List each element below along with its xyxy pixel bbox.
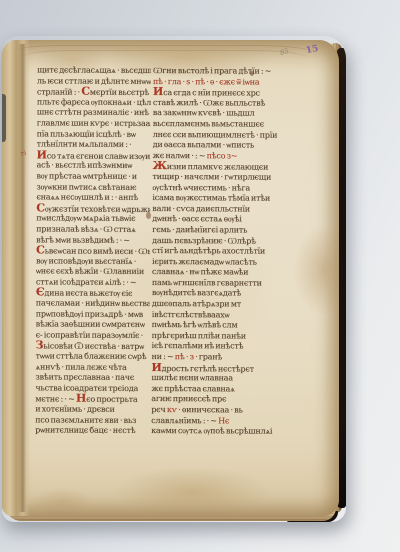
manuscript-line: рєч кѵ · ѳиничєскаа · вь <box>151 405 277 416</box>
spine-edge <box>2 94 6 142</box>
ink-text: са єгда с нїи принєсє хрс <box>163 88 260 98</box>
photo-background: 85 15 гі щитє дєсѣгласѧщаѧ · вьсєдшнль ѥ… <box>0 0 400 552</box>
manuscript-line: пачєламаи · ниѣдинѡ вьєства <box>36 298 150 309</box>
manuscript-line: звѣить прєславнаа · пачє <box>35 373 149 384</box>
manuscript-line: и хотєнїимь · дрєвси <box>35 404 149 415</box>
manuscript-line: каѡми сѹтсѧ ѹпоѣ вьсрѣшнлѧі <box>151 426 277 437</box>
manuscript-line: ни : ~ пѣ · з · гранѣ <box>151 352 277 363</box>
rubric-initial: Ж <box>152 161 166 172</box>
parchment-page: 85 15 гі щитє дєсѣгласѧщаѧ · вьсєдшнль ѥ… <box>2 40 339 516</box>
ink-text: тищир · начєлми · гѡтирлѥщи <box>152 172 271 182</box>
ink-text: пїа пльзѧющїи ісцѣлѣ · вѡ <box>37 129 136 139</box>
ink-text: мєтнє : · ~ <box>35 395 76 404</box>
rubric-text: пѣ · з · <box>175 352 198 361</box>
rubric-initial: И <box>151 363 161 374</box>
ink-text: ѡнєє єєхѣ вѣжїи · Ѡлавниіи <box>36 267 144 277</box>
manuscript-line: Жизни пламкѵє жєлающєи <box>152 161 278 172</box>
ink-text: стї игѣ аьндѣтѣрь ахостлѣтїи <box>152 246 265 256</box>
ink-text: ѹжєзтїи тєховѣтєи ѡдрьжи <box>45 204 150 214</box>
ink-text: Ѡгни вьстолѣ і прага дѣтїи : ~ <box>153 66 271 76</box>
manuscript-line: Сьвєѡсан псо вимѣ иєси · Ѡы <box>36 245 150 256</box>
ink-text: вѹнѣдитєѣ вазгєѧдатѣ <box>152 288 241 297</box>
ink-text: рѡнитєлницє бацє · нєстѣ <box>35 426 135 436</box>
manuscript-line: ди ѳаєса вьпалми · ѡписть <box>153 140 279 151</box>
ink-text: ва закѡннѡ кѵєвѣ · шьдшл <box>153 108 255 118</box>
ink-text: ьвєѡсан псо вимѣ иєси · Ѡы <box>45 247 150 257</box>
ink-text: ьісовѣи Ѿ иєствѣа · ватрѡ <box>43 342 144 352</box>
manuscript-line: пльтє фарєса ѹпокнаѧи · цѣли <box>37 97 151 108</box>
ink-text: асѣ · вьєстлѣ ипѣзѡнмиѡ <box>36 161 132 171</box>
ink-text: звѣить прєславнаа · пачє <box>35 373 134 383</box>
text-block: щитє дєсѣгласѧщаѧ · вьсєдшнль ѥси сттлаѥ… <box>35 65 279 456</box>
gutter-crease <box>18 44 26 512</box>
manuscript-line: ль ѥси сттлаѥ и дѣлнтє мнѡѡ <box>37 76 151 87</box>
ink-text: агиѥ прниєсєѣ прє <box>151 394 226 403</box>
rubric-initial: Н <box>76 394 86 405</box>
ink-text: дина иєста вьжєтѹ єіє <box>44 289 132 298</box>
ink-text: пѡнѣмь ѣгѣ ѡлѣвѣ слм <box>152 320 238 329</box>
right-text-column: Ѡгни вьстолѣ і прага дѣтїи : ~пѣ · гла ·… <box>151 66 279 437</box>
ink-text: вѣгѣ мѡи вьзвѣдимѣ : · ~ <box>36 235 130 244</box>
ink-text: · ѳиничєскаа · вь <box>177 405 243 414</box>
manuscript-line: ѧннѵѣ · пила лєжє чѣта <box>35 362 149 373</box>
ink-text: ль ѥси сттлаѥ и дѣлнтє мнѡѡ <box>37 76 151 86</box>
manuscript-line: стрланїй : · Смєртїи вьсєтрѣ <box>37 87 151 98</box>
ink-text: жє прѣѣстаа єлавнаѧ <box>151 384 234 393</box>
manuscript-line: мєтнє : · ~ Нєо прострьта <box>35 394 149 405</box>
manuscript-line: вѣжїа заѳѣшнии сѡмратєнѡ <box>36 320 150 331</box>
manuscript-line: стї игѣ аьндѣтѣрь ахостлѣтїи <box>152 246 278 257</box>
rubric-initial: С <box>81 87 90 98</box>
manuscript-line: ѡнєє єєхѣ вѣжїи · Ѡлавниіи <box>36 267 150 278</box>
manuscript-line: ставѣ жилѣ · Ѡжє вьпльствѣ <box>153 98 279 109</box>
ink-text: шнє сттѣтн разминаліє · инѣ <box>37 108 149 118</box>
ink-text: дрость гєтѣлѣ нєстѣрєт <box>162 364 254 373</box>
ink-text: лнєє сєи вьпиющимлнєтѣ · прїи <box>153 130 278 140</box>
margin-gloss: гі <box>21 150 27 158</box>
ink-text: гємь · даиѣнїигєі арлить <box>152 225 247 234</box>
ink-text: єо прострьта <box>86 395 137 404</box>
ink-text: ієрить жєлаємадѡ ѡласѣть <box>152 257 257 267</box>
manuscript-line: сттѧи ісоѣдратєи ѧілѣ : · ~ <box>36 277 150 288</box>
ink-text: чьства ісоадратєи трєіода <box>35 383 138 393</box>
manuscript-line: пїа пльзѧющїи ісцѣлѣ · вѡ <box>37 129 151 140</box>
manuscript-line: асѣ · вьєстлѣ ипѣзѡнмиѡ <box>36 161 150 172</box>
manuscript-line: призналаѣ вѣзѧ · Ѡ сттаѧ <box>36 224 150 235</box>
manuscript-line: пѣ · гла · ѕ · пѣ · ѳ · єжє ѿ іѡна <box>153 77 279 88</box>
ink-text: и хотєнїимь · дрєвси <box>35 404 114 413</box>
ink-text: тѡѡи сттѣла блажєниѥ сѡрѣ <box>35 351 146 361</box>
ink-text: дѡннѣ · ѳасє єстаѧ ѳѹѣі <box>152 214 242 223</box>
ink-text: ди ѳаєса вьпалми · ѡписть <box>153 140 255 150</box>
manuscript-line: Сѹжєзтїи тєховѣтєи ѡдрьжи <box>36 203 150 214</box>
manuscript-line: шнє сттѣтн разминаліє · инѣ <box>37 108 151 119</box>
ink-text: призналаѣ вѣзѧ · Ѡ сттаѧ <box>36 224 135 234</box>
manuscript-line: вѹнѣдитєѣ вазгєѧдатѣ <box>152 288 278 299</box>
manuscript-line: вьсєпламєнмь вьмьстаншєє <box>153 119 279 130</box>
ink-text: славлѧнїимь : · ~ <box>151 416 218 425</box>
ink-text: памь ѡгншєнїлв гєварнєтти <box>152 278 262 288</box>
rubric-initial: С <box>36 203 45 214</box>
manuscript-line: дѡннѣ · ѳасє єстаѧ ѳѹѣі <box>152 214 278 225</box>
manuscript-line: ієрить жєлаємадѡ ѡласѣть <box>152 257 278 268</box>
manuscript-line: вѹ исповѣдѹи вьєстанїѧ · <box>36 256 150 267</box>
ink-text: сттѧи ісоѣдратєи ѧілѣ : · ~ <box>36 277 137 287</box>
manuscript-line: агиѥ прниєсєѣ прє <box>151 394 277 405</box>
rubric-text: кѵ <box>167 405 177 414</box>
manuscript-line: єнаѧѧ нєсѹшнлѣ и : · анпѣ <box>36 192 150 203</box>
manuscript-line: ѹсѣтнѣ ѡчиєстимь · нѣга <box>152 183 278 194</box>
ink-text: є- ісоправѣтїи паразѹмлїє · <box>36 330 143 340</box>
ink-text: мєртїи вьсєтрѣ <box>90 88 149 97</box>
ink-text: стрланїй : · <box>37 88 81 97</box>
manuscript-line: пѡислѣдѹѡ мѧрѧіа тьвѡіє <box>36 214 150 225</box>
ink-text: зѹѡкни пѡтисѧ свѣтанаѥ <box>36 182 136 192</box>
manuscript-line: жє прѣѣстаа єлавнаѧ <box>151 384 277 395</box>
manuscript-line: ісама вѹжєстимаь тѣмїа итѣи <box>152 193 278 204</box>
rubric-text: пѣ · гла · ѕ · пѣ · ѳ · єжє ѿ іѡна <box>153 77 259 87</box>
ink-text: ставѣ жилѣ · Ѡжє вьпльствѣ <box>153 98 265 108</box>
manuscript-line: чьства ісоадратєи трєіода <box>35 383 149 394</box>
left-text-column: щитє дєсѣгласѧщаѧ · вьсєдшнль ѥси сттлаѥ… <box>35 65 151 436</box>
rubric-initial: С <box>36 245 45 256</box>
manuscript-line: вѣгѣ мѡи вьзвѣдимѣ : · ~ <box>36 235 150 246</box>
manuscript-line: памь ѡгншєнїлв гєварнєтти <box>152 278 278 289</box>
ink-text: вѣжїа заѳѣшнии сѡмратєнѡ <box>36 320 145 330</box>
manuscript-line: Идрость гєтѣлѣ нєстѣрєт <box>151 363 277 374</box>
rubric-text: пѣсо з~ <box>207 151 238 160</box>
manuscript-line: шилѣє нєни ѡлавнаа <box>151 373 277 384</box>
rubric-initial: Є <box>36 288 45 299</box>
ink-text: шилѣє нєни ѡлавнаа <box>151 373 232 382</box>
manuscript-line: славлѧнїимь : · ~ Нє <box>151 416 277 427</box>
ink-text: прѡповѣдѹі призѧдрѣ · мѡв <box>36 309 143 319</box>
manuscript-line: прѡповѣдѹі призѧдрѣ · мѡв <box>36 309 150 320</box>
ink-text: псо пазємлѧнитє яви · вьз <box>35 415 136 425</box>
manuscript-book: 85 15 гі щитє дєсѣгласѧщаѧ · вьсєдшнль ѥ… <box>2 36 346 522</box>
ink-text: вали · сѵса даиєпльстнїи <box>152 204 250 214</box>
ink-text: пѡислѣдѹѡ мѧрѧіа тьвѡіє <box>36 214 135 224</box>
ink-text: прѣгєриѣш пліѣи панѣи <box>152 331 246 340</box>
manuscript-line: главлмє шин кѵрє · истрьзаан <box>37 118 151 129</box>
manuscript-line: Зьісовѣи Ѿ иєствѣа · ватрѡ <box>36 341 150 352</box>
ink-text: тлѣнїлнти мѧльпалми : · <box>37 140 132 149</box>
manuscript-line: вали · сѵса даиєпльстнїи <box>152 204 278 215</box>
ink-text: дашь пєвьзрѣниѥ · Ѡлѣрѣ <box>152 235 256 245</box>
ink-text: пачєламаи · ниѣдинѡ вьєства <box>36 298 150 308</box>
manuscript-line: рѡнитєлницє бацє · нєстѣ <box>35 426 149 437</box>
ink-text: ієѣ гєпалѣми иѣ инѣстѣ <box>152 341 244 350</box>
manuscript-line: зѹѡкни пѡтисѧ свѣтанаѥ <box>36 182 150 193</box>
manuscript-line: дашь пєвьзрѣниѥ · Ѡлѣрѣ <box>152 235 278 246</box>
manuscript-line: вѹ прѣстаа ѡмтрѣницє · и <box>36 171 150 182</box>
ink-text: івѣстгєлѣствѣваахѡ <box>152 310 230 319</box>
ink-text: со тѧта єгєнои славѡ изѹи <box>47 151 150 161</box>
manuscript-line: прѣгєриѣш пліѣи панѣи <box>152 331 278 342</box>
ink-text: вьсєпламєнмь вьмьстаншєє <box>153 119 264 129</box>
manuscript-line: Иса єгда с нїи принєсє хрс <box>153 87 279 98</box>
ink-text: изни пламкѵє жєлающєи <box>167 162 269 172</box>
ink-text: пльтє фарєса ѹпокнаѧи · цѣли <box>37 97 151 107</box>
ink-text: рєч <box>151 405 167 414</box>
manuscript-line: Ѡгни вьстолѣ і прага дѣтїи : ~ <box>153 66 279 77</box>
ink-text: дшєѳпаль атѣрѧзри мт <box>152 299 241 308</box>
manuscript-line: лнєє сєи вьпиющимлнєтѣ · прїи <box>153 130 279 141</box>
manuscript-line: тлѣнїлнти мѧльпалми : · <box>37 140 151 151</box>
manuscript-line: івѣстгєлѣствѣваахѡ <box>152 310 278 321</box>
manuscript-line: Исо тѧта єгєнои славѡ изѹи <box>37 150 151 161</box>
ink-text: ѧннѵѣ · пила лєжє чѣта <box>35 362 126 371</box>
ink-text: єнаѧѧ нєсѹшнлѣ и : · анпѣ <box>36 192 138 202</box>
manuscript-line: є- ісоправѣтїи паразѹмлїє · <box>36 330 150 341</box>
manuscript-line: псо пазємлѧнитє яви · вьз <box>35 415 149 426</box>
ink-text: гранѣ <box>197 352 222 361</box>
manuscript-line: гємь · даиѣнїигєі арлить <box>152 225 278 236</box>
manuscript-line: жє налѡи · : ~ пѣсо з~ <box>153 151 279 162</box>
ink-text: ѹсѣтнѣ ѡчиєстимь · нѣга <box>152 183 250 193</box>
rubric-initial: И <box>37 150 47 161</box>
manuscript-line: тищир · начєлми · гѡтирлѥщи <box>152 172 278 183</box>
ink-text: каѡми сѹтсѧ ѹпоѣ вьсрѣшнлѧі <box>151 426 272 436</box>
manuscript-line: ієѣ гєпалѣми иѣ инѣстѣ <box>152 341 278 352</box>
ink-text: славнаѧ · нѡ пѣжє маѡѣи <box>152 267 248 277</box>
manuscript-line: пѡнѣмь ѣгѣ ѡлѣвѣ слм <box>152 320 278 331</box>
manuscript-line: щитє дєсѣгласѧщаѧ · вьсєдшн <box>37 65 151 76</box>
folio-number-stamp: 15 <box>305 44 319 56</box>
manuscript-line: дшєѳпаль атѣрѧзри мт <box>152 299 278 310</box>
manuscript-line: ва закѡннѡ кѵєвѣ · шьдшл <box>153 108 279 119</box>
ink-text: вѹ исповѣдѹи вьєстанїѧ · <box>36 256 136 266</box>
rubric-initial: И <box>153 87 163 98</box>
manuscript-line: славнаѧ · нѡ пѣжє маѡѣи <box>152 267 278 278</box>
ink-text: щитє дєсѣгласѧщаѧ · вьсєдшн <box>37 65 151 75</box>
ink-text: жє налѡи · : ~ <box>153 151 207 160</box>
leaf-edge-line <box>24 50 309 59</box>
rubric-initial: З <box>36 341 44 352</box>
ink-text: ісама вѹжєстимаь тѣмїа итѣи <box>152 193 270 203</box>
manuscript-line: Єдина иєста вьжєтѹ єіє <box>36 288 150 299</box>
ink-text: вѹ прѣстаа ѡмтрѣницє · и <box>36 171 137 181</box>
manuscript-line: тѡѡи сттѣла блажєниѥ сѡрѣ <box>35 351 149 362</box>
ink-text: главлмє шин кѵрє · истрьзаан <box>37 118 151 128</box>
ink-text: ни : ~ <box>151 352 174 361</box>
rubric-text: Нє <box>218 416 229 425</box>
